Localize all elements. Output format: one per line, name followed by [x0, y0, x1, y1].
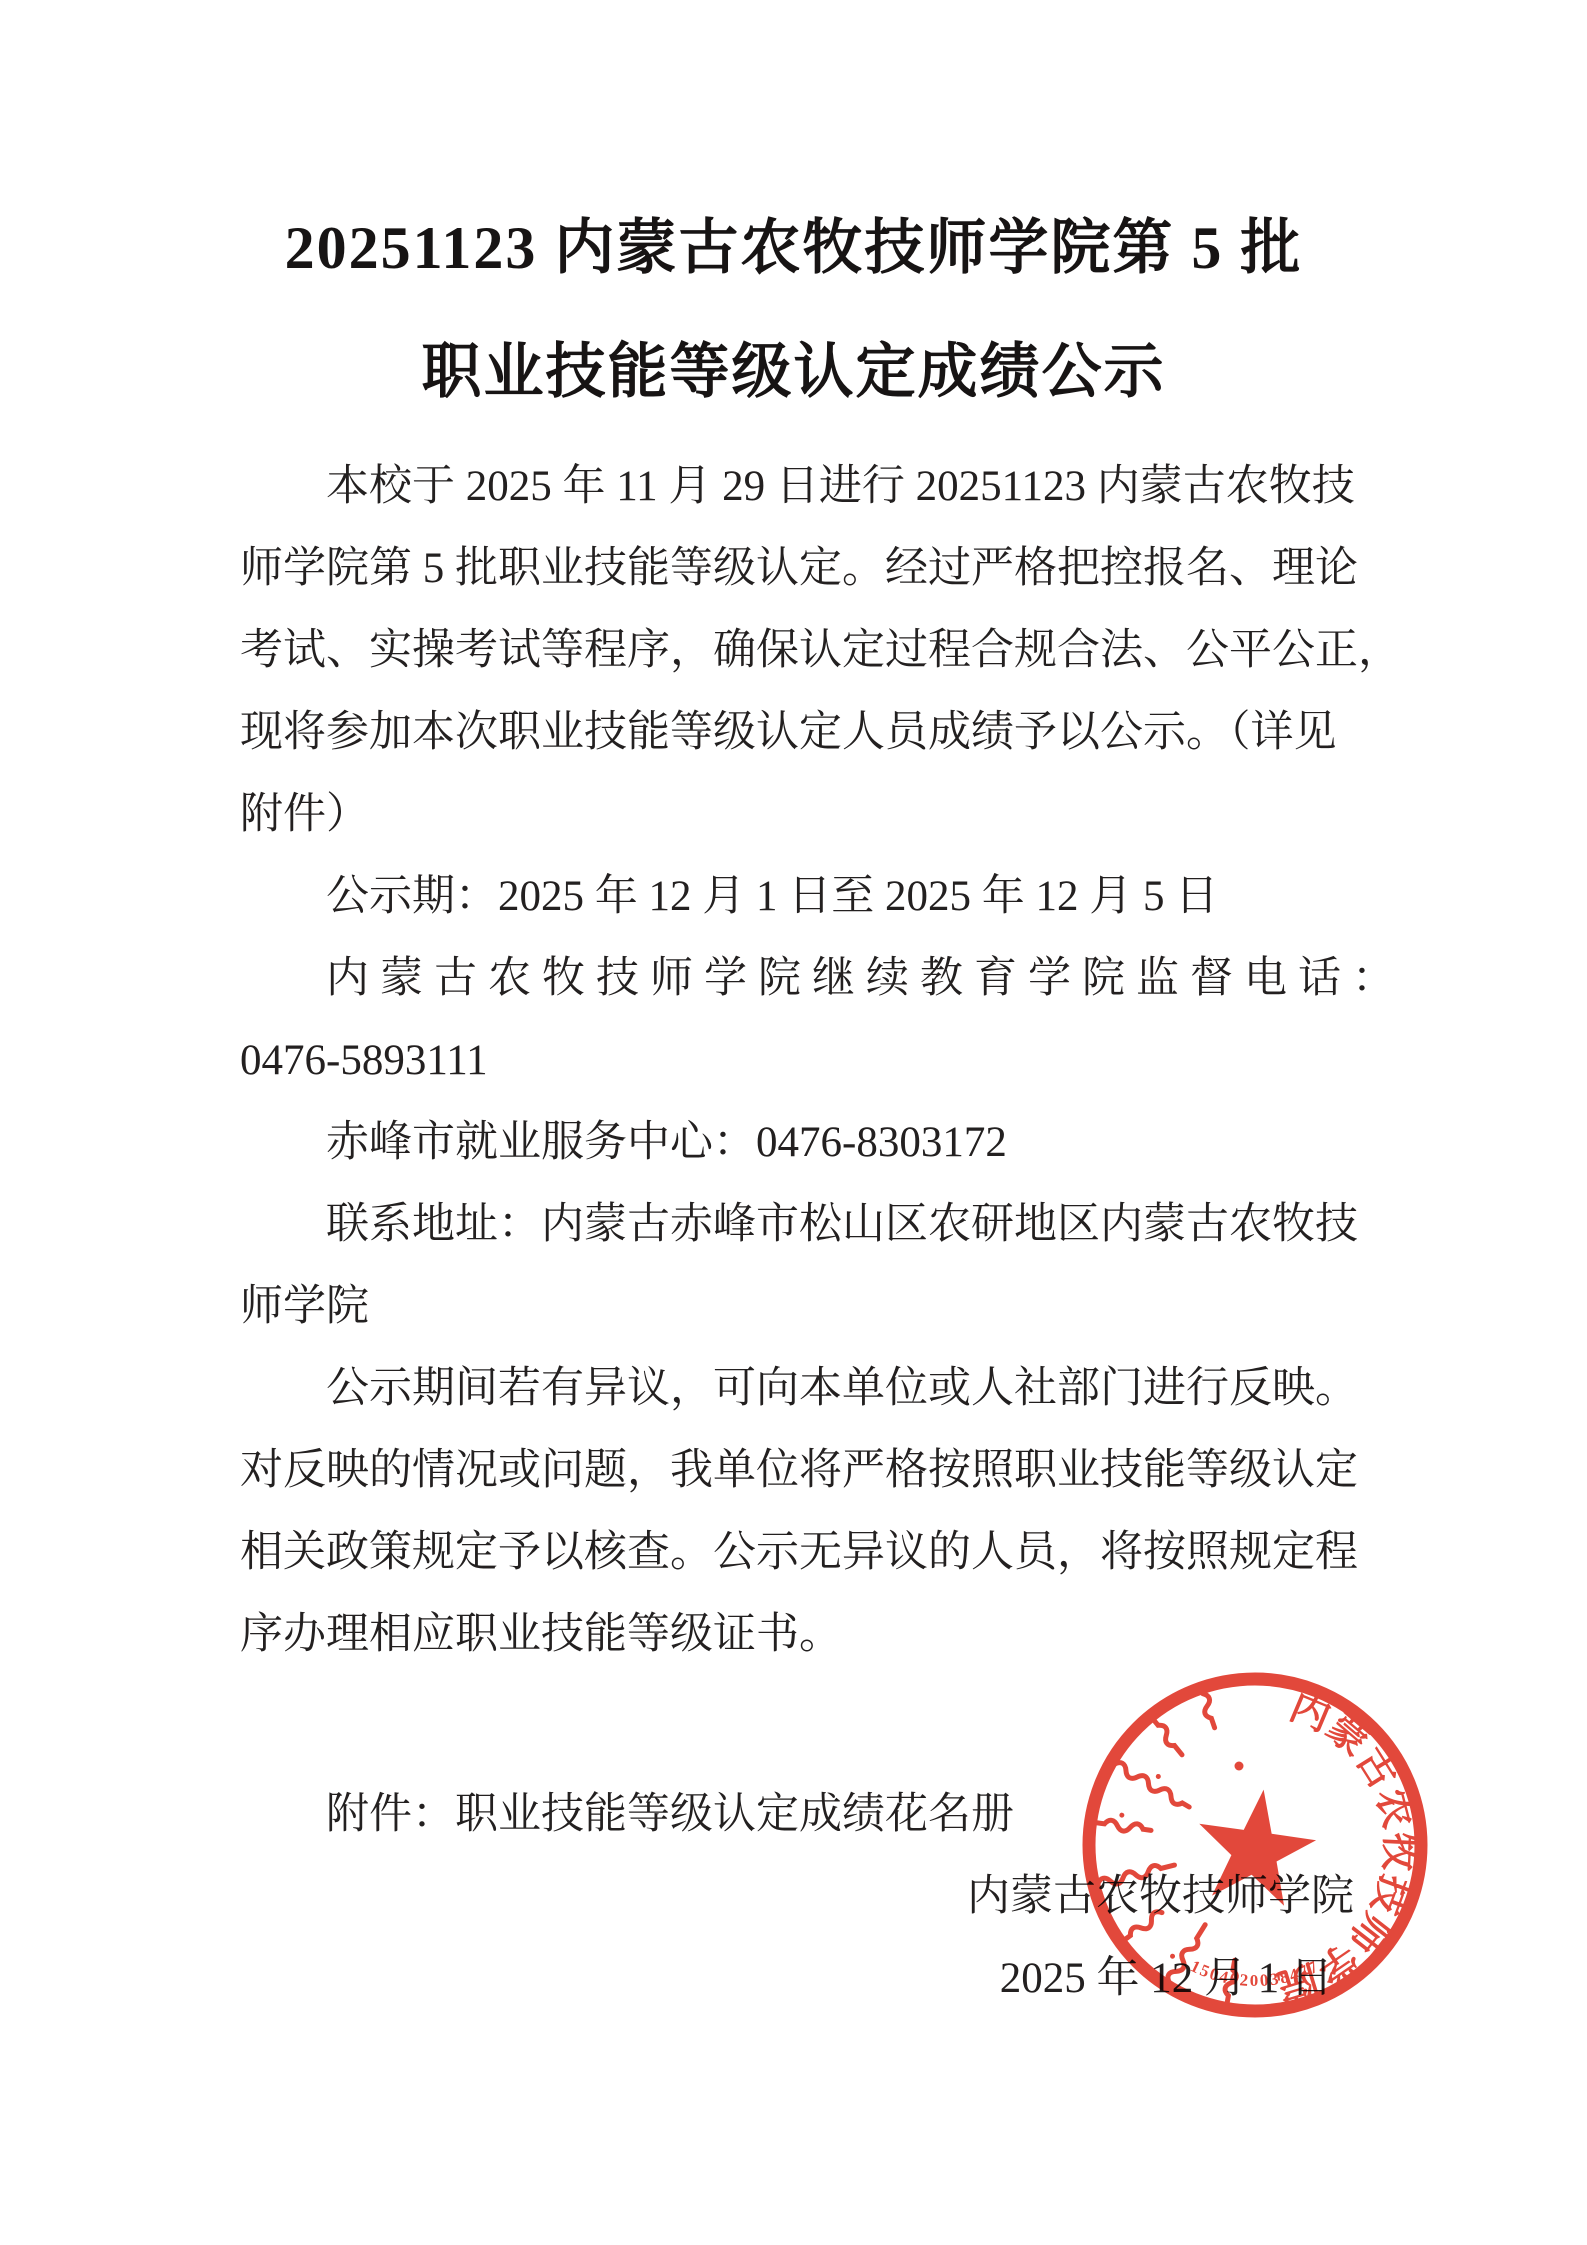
body-line: 考试、实操考试等程序，确保认定过程合规合法、公平公正， — [240, 610, 1410, 692]
body-line: 附件） — [240, 774, 1410, 856]
body-line-phone-number: 0476-5893111 — [240, 1020, 1410, 1102]
body-line: 相关政策规定予以核查。公示无异议的人员，将按照规定程 — [240, 1512, 1410, 1594]
body-line: 本校于 2025 年 11 月 29 日进行 20251123 内蒙古农牧技 — [240, 446, 1410, 528]
body-line: 师学院第 5 批职业技能等级认定。经过严格把控报名、理论 — [240, 528, 1410, 610]
body-line-supervision-phone: 内蒙古农牧技师学院继续教育学院监督电话： — [240, 938, 1410, 1020]
title-line-1: 20251123 内蒙古农牧技师学院第 5 批 — [0, 186, 1587, 310]
body-line: 现将参加本次职业技能等级认定人员成绩予以公示。（详见 — [240, 692, 1410, 774]
body-line: 序办理相应职业技能等级证书。 — [240, 1594, 1410, 1676]
announcement-page: 20251123 内蒙古农牧技师学院第 5 批 职业技能等级认定成绩公示 本校于… — [0, 0, 1587, 2245]
body-line-publicity-period: 公示期：2025 年 12 月 1 日至 2025 年 12 月 5 日 — [240, 856, 1410, 938]
signature-date: 2025 年 12 月 1 日 — [240, 1938, 1410, 2020]
body-line: 对反映的情况或问题，我单位将严格按照职业技能等级认定 — [240, 1430, 1410, 1512]
attachment-line: 附件：职业技能等级认定成绩花名册 — [240, 1774, 1410, 1856]
body-line-address: 联系地址：内蒙古赤峰市松山区农研地区内蒙古农牧技 — [240, 1184, 1410, 1266]
title-line-2: 职业技能等级认定成绩公示 — [0, 310, 1587, 434]
document-title: 20251123 内蒙古农牧技师学院第 5 批 职业技能等级认定成绩公示 — [0, 0, 1587, 434]
document-body: 本校于 2025 年 11 月 29 日进行 20251123 内蒙古农牧技 师… — [0, 446, 1410, 2020]
signature-org: 内蒙古农牧技师学院 — [240, 1856, 1410, 1938]
body-line: 公示期间若有异议，可向本单位或人社部门进行反映。 — [240, 1348, 1410, 1430]
body-line-service-center: 赤峰市就业服务中心：0476-8303172 — [240, 1102, 1410, 1184]
body-line: 师学院 — [240, 1266, 1410, 1348]
